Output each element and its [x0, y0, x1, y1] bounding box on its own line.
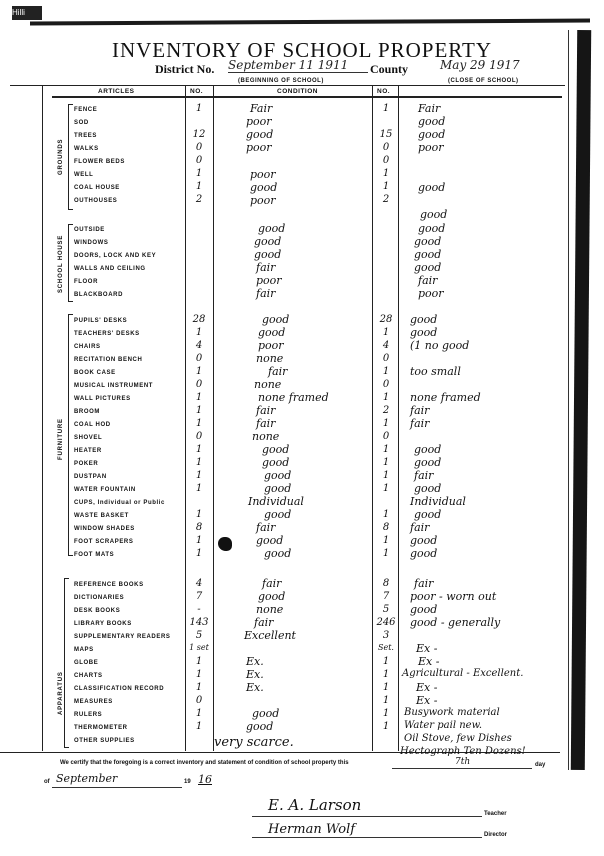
cond-close: fair: [418, 274, 437, 287]
district-label: District No.: [155, 62, 214, 77]
cond-close: (1 no good: [410, 339, 469, 352]
article-windows: WINDOWS: [74, 240, 109, 246]
right-border-line: [568, 30, 569, 770]
no-close: 0: [374, 155, 398, 166]
cond-close: fair: [410, 404, 429, 417]
cond-begin: Ex.: [246, 655, 264, 668]
cond-close: Agricultural - Excellent.: [402, 668, 523, 679]
of-label: of: [44, 779, 50, 785]
article-blackboard: BLACKBOARD: [74, 292, 123, 298]
no-close: 0: [374, 353, 398, 364]
cond-begin: fair: [254, 616, 273, 629]
article-supplementary-readers: SUPPLEMENTARY READERS: [74, 634, 171, 640]
cond-begin: fair: [256, 404, 275, 417]
cond-begin: fair: [256, 521, 275, 534]
col-line-condition: [213, 86, 214, 751]
cond-close: good: [418, 115, 445, 128]
no-begin: 7: [187, 591, 211, 602]
no-close: 1: [374, 509, 398, 520]
no-close: 246: [374, 617, 398, 628]
cond-close: good: [410, 534, 437, 547]
cond-begin: poor: [258, 339, 284, 352]
cond-close: good: [418, 128, 445, 141]
bracket-grounds: [68, 104, 73, 210]
corner-mark: Hilli: [12, 6, 42, 20]
cond-begin: good: [250, 181, 277, 194]
cond-begin: good: [262, 456, 289, 469]
top-edge-bar: [30, 19, 590, 26]
no-begin: 5: [187, 630, 211, 641]
table-top-line: [10, 85, 565, 86]
no-close: 1: [374, 656, 398, 667]
cond-begin: fair: [262, 577, 281, 590]
group-label-school-house: SCHOOL HOUSE: [58, 235, 64, 293]
cond-begin: fair: [256, 417, 275, 430]
no-begin: 4: [187, 578, 211, 589]
cond-close: Ex -: [418, 655, 439, 668]
article-water-fountain: WATER FOUNTAIN: [74, 487, 136, 493]
article-dictionaries: DICTIONARIES: [74, 595, 124, 601]
col-line-left: [42, 86, 43, 751]
month-line: [52, 787, 182, 788]
cond-close: Ex -: [416, 694, 437, 707]
cond-begin: none framed: [258, 391, 329, 404]
no-close: 2: [374, 405, 398, 416]
cond-close: good: [410, 603, 437, 616]
no-close: 28: [374, 314, 398, 325]
article-coal-hod: COAL HOD: [74, 422, 111, 428]
no-close: 8: [374, 578, 398, 589]
no-begin: 1: [187, 327, 211, 338]
no-close: 1: [374, 483, 398, 494]
no-close: 1: [374, 535, 398, 546]
no-close: 1: [374, 181, 398, 192]
day-line: [392, 768, 532, 769]
article-doors-lock-key: DOORS, LOCK AND KEY: [74, 253, 156, 259]
no-close: 1: [374, 682, 398, 693]
cond-begin: none: [254, 378, 281, 391]
article-desk-books: DESK BOOKS: [74, 608, 120, 614]
cond-begin: fair: [268, 365, 287, 378]
no-close: 1: [374, 103, 398, 114]
no-close: 0: [374, 431, 398, 442]
article-coal-house: COAL HOUSE: [74, 185, 120, 191]
cond-begin: Individual: [248, 495, 304, 508]
district-value: September 11 1911: [228, 58, 368, 73]
col-line-close-cond: [398, 86, 399, 751]
no-close: 1: [374, 669, 398, 680]
cond-begin: Ex.: [246, 668, 264, 681]
cond-begin: very scarce.: [214, 735, 294, 750]
no-begin: 1: [187, 103, 211, 114]
county-label: County: [370, 62, 408, 77]
header-rule: [52, 96, 562, 98]
day-value: 7th: [455, 757, 470, 767]
no-close: 0: [374, 379, 398, 390]
article-walks: WALKS: [74, 146, 99, 152]
cond-begin: good: [264, 508, 291, 521]
bracket-school-house: [68, 224, 73, 302]
article-teachers-desks: TEACHERS' DESKS: [74, 331, 140, 337]
director-line: [252, 837, 482, 838]
cond-close: good: [414, 482, 441, 495]
cond-close: Oil Stove, few Dishes: [404, 733, 512, 744]
cond-close: poor - worn out: [410, 590, 496, 603]
cond-begin: none: [252, 430, 279, 443]
article-maps: MAPS: [74, 647, 94, 653]
ink-blot: [218, 537, 232, 551]
no-close: 1: [374, 444, 398, 455]
article-outhouses: OUTHOUSES: [74, 198, 117, 204]
no-begin: 1: [187, 457, 211, 468]
no-begin: 4: [187, 340, 211, 351]
article-charts: CHARTS: [74, 673, 103, 679]
article-poker: POKER: [74, 461, 98, 467]
cond-close: good: [414, 235, 441, 248]
cond-begin: Fair: [250, 102, 272, 115]
cond-close: good: [410, 326, 437, 339]
cond-begin: none: [256, 603, 283, 616]
no-close: 2: [374, 194, 398, 205]
article-other-supplies: OTHER SUPPLIES: [74, 738, 135, 744]
article-reference-books: REFERENCE BOOKS: [74, 582, 144, 588]
header-condition: CONDITION: [277, 88, 318, 95]
cond-begin: poor: [246, 115, 272, 128]
cond-close: fair: [410, 417, 429, 430]
no-begin: 0: [187, 695, 211, 706]
article-foot-mats: FOOT MATS: [74, 552, 114, 558]
no-close: 1: [374, 470, 398, 481]
cond-close: poor: [418, 287, 444, 300]
cond-close: good: [410, 313, 437, 326]
article-library-books: LIBRARY BOOKS: [74, 621, 132, 627]
month-value: September: [56, 772, 117, 785]
no-close: 1: [374, 392, 398, 403]
article-recitation-bench: RECITATION BENCH: [74, 357, 142, 363]
close-date-value: May 29 1917: [440, 58, 520, 72]
close-label: (CLOSE OF SCHOOL): [448, 78, 519, 84]
cond-begin: good: [264, 482, 291, 495]
bracket-furniture: [68, 314, 73, 556]
article-fence: FENCE: [74, 107, 97, 113]
beginning-label: (BEGINNING OF SCHOOL): [238, 78, 324, 84]
article-outside: OUTSIDE: [74, 227, 105, 233]
article-foot-scrapers: FOOT SCRAPERS: [74, 539, 133, 545]
bracket-apparatus: [64, 578, 69, 748]
article-window-shades: WINDOW SHADES: [74, 526, 135, 532]
header-no-begin: NO.: [190, 88, 203, 95]
cond-close: too small: [410, 365, 461, 378]
teacher-label: Teacher: [484, 811, 507, 817]
cond-begin: poor: [250, 194, 276, 207]
no-begin: 1: [187, 392, 211, 403]
col-line-no-begin: [185, 86, 186, 751]
cond-close-extra: Hectograph Ten Dozens!: [400, 746, 526, 757]
cond-begin: none: [256, 352, 283, 365]
cond-close: good: [418, 222, 445, 235]
year-prefix: 19: [184, 779, 191, 785]
no-begin: 0: [187, 142, 211, 153]
cond-begin: fair: [256, 261, 275, 274]
cond-close: fair: [414, 577, 433, 590]
no-close: 3: [374, 630, 398, 641]
cond-close: Ex -: [416, 642, 437, 655]
cond-close: good: [410, 547, 437, 560]
no-begin: 1: [187, 721, 211, 732]
header-articles: ARTICLES: [98, 88, 135, 95]
no-begin: 1: [187, 682, 211, 693]
cond-begin: good: [254, 248, 281, 261]
article-well: WELL: [74, 172, 93, 178]
cond-begin: poor: [246, 141, 272, 154]
article-trees: TREES: [74, 133, 97, 139]
cond-begin: fair: [256, 287, 275, 300]
article-shovel: SHOVEL: [74, 435, 102, 441]
article-flower-beds: FLOWER BEDS: [74, 159, 125, 165]
cond-close: good: [414, 248, 441, 261]
no-close: 5: [374, 604, 398, 615]
no-begin: 1: [187, 656, 211, 667]
cond-begin: good: [264, 469, 291, 482]
cond-begin: good: [254, 235, 281, 248]
no-begin: 1: [187, 405, 211, 416]
no-close: 8: [374, 522, 398, 533]
cond-close-extra: good: [420, 208, 447, 221]
no-begin: 143: [187, 617, 211, 628]
col-line-no-close: [372, 86, 373, 751]
no-close: 1: [374, 418, 398, 429]
no-close: 1: [374, 366, 398, 377]
article-dustpan: DUSTPAN: [74, 474, 107, 480]
cond-close: good - generally: [410, 616, 500, 629]
cond-close: Water pail new.: [404, 720, 482, 731]
cond-begin: good: [256, 534, 283, 547]
cond-begin: Ex.: [246, 681, 264, 694]
no-close: 1: [374, 708, 398, 719]
day-label: day: [535, 762, 545, 768]
cond-begin: good: [262, 443, 289, 456]
cond-close: good: [418, 181, 445, 194]
cond-close: Busywork material: [404, 707, 500, 718]
cond-close: fair: [410, 521, 429, 534]
no-close: 0: [374, 142, 398, 153]
cond-begin: Excellent: [244, 629, 296, 642]
article-thermometer: THERMOMETER: [74, 725, 128, 731]
cond-close: Ex -: [416, 681, 437, 694]
article-pupils-desks: PUPILS' DESKS: [74, 318, 127, 324]
no-begin: 1: [187, 444, 211, 455]
year-value: 16: [198, 773, 212, 786]
no-begin: 1: [187, 470, 211, 481]
article-heater: HEATER: [74, 448, 102, 454]
no-close: 1: [374, 695, 398, 706]
no-begin: 1: [187, 483, 211, 494]
no-close: 1: [374, 168, 398, 179]
no-close: 1: [374, 721, 398, 732]
no-begin: 1: [187, 509, 211, 520]
group-label-grounds: GROUNDS: [58, 139, 64, 175]
article-musical-instrument: MUSICAL INSTRUMENT: [74, 383, 153, 389]
article-broom: BROOM: [74, 409, 100, 415]
no-begin: 1 set: [187, 643, 211, 652]
no-close: 1: [374, 548, 398, 559]
group-label-furniture: FURNITURE: [58, 418, 64, 460]
no-begin: 1: [187, 181, 211, 192]
article-waste-basket: WASTE BASKET: [74, 513, 129, 519]
cond-begin: good: [264, 547, 291, 560]
certify-text: We certify that the foregoing is a corre…: [60, 760, 349, 766]
article-book-case: BOOK CASE: [74, 370, 116, 376]
no-begin: 1: [187, 548, 211, 559]
cond-close: good: [414, 443, 441, 456]
article-chairs: CHAIRS: [74, 344, 101, 350]
cond-close: good: [414, 508, 441, 521]
director-label: Director: [484, 832, 507, 838]
cond-close: good: [414, 261, 441, 274]
cond-begin: good: [262, 313, 289, 326]
no-close: 15: [374, 129, 398, 140]
no-close: 7: [374, 591, 398, 602]
no-begin: 0: [187, 353, 211, 364]
no-begin: 1: [187, 366, 211, 377]
cond-begin: good: [252, 707, 279, 720]
no-begin: 0: [187, 155, 211, 166]
director-signature: Herman Wolf: [268, 822, 355, 837]
no-close: Set.: [374, 643, 398, 652]
cond-begin: poor: [250, 168, 276, 181]
cond-close: good: [414, 456, 441, 469]
no-begin: 2: [187, 194, 211, 205]
no-close: 1: [374, 457, 398, 468]
cond-close: poor: [418, 141, 444, 154]
cond-close: Individual: [410, 495, 466, 508]
cond-close: fair: [414, 469, 433, 482]
cond-begin: good: [258, 590, 285, 603]
no-begin: 28: [187, 314, 211, 325]
no-close: 1: [374, 327, 398, 338]
cond-begin: good: [246, 128, 273, 141]
no-begin: 1: [187, 708, 211, 719]
no-begin: 1: [187, 418, 211, 429]
article-wall-pictures: WALL PICTURES: [74, 396, 131, 402]
article-walls-ceiling: WALLS AND CEILING: [74, 266, 146, 272]
no-begin: -: [187, 604, 211, 615]
cond-close: none framed: [410, 391, 481, 404]
article-classification-record: CLASSIFICATION RECORD: [74, 686, 164, 692]
header-no-close: NO.: [377, 88, 390, 95]
no-begin: 1: [187, 168, 211, 179]
cond-close: Fair: [418, 102, 440, 115]
cond-begin: poor: [256, 274, 282, 287]
article-sod: SOD: [74, 120, 89, 126]
article-cups: CUPS, Individual or Public: [74, 500, 165, 506]
cond-begin: good: [258, 326, 285, 339]
teacher-line: [252, 816, 482, 817]
article-globe: GLOBE: [74, 660, 98, 666]
article-floor: FLOOR: [74, 279, 98, 285]
article-rulers: RULERS: [74, 712, 102, 718]
no-begin: 0: [187, 431, 211, 442]
article-measures: MEASURES: [74, 699, 113, 705]
no-close: 4: [374, 340, 398, 351]
no-begin: 1: [187, 535, 211, 546]
cond-begin: good: [246, 720, 273, 733]
right-edge-bar: [571, 30, 591, 770]
teacher-signature: E. A. Larson: [268, 796, 361, 814]
no-begin: 12: [187, 129, 211, 140]
no-begin: 0: [187, 379, 211, 390]
cond-begin: good: [258, 222, 285, 235]
no-begin: 1: [187, 669, 211, 680]
no-begin: 8: [187, 522, 211, 533]
